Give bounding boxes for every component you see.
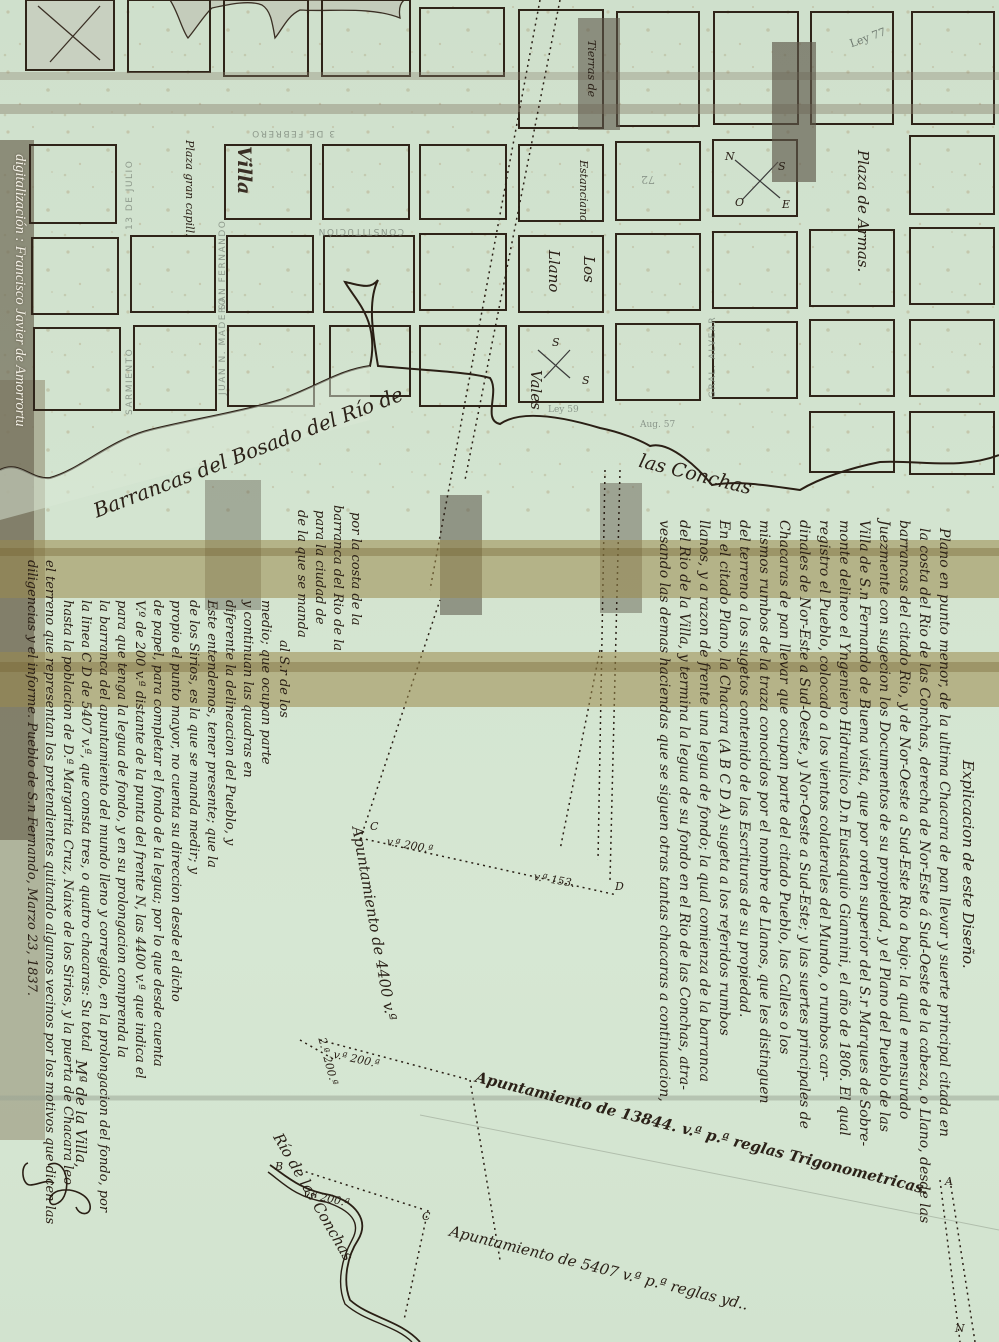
compass-letter-o: O — [735, 196, 744, 209]
compass-letter-e: E — [782, 198, 790, 211]
explanation-line-2: la costa del Rio de las Conchas, derecha… — [917, 528, 931, 1223]
explanation-line-12: En el citado Plano, la Chacara (A B C D … — [717, 520, 731, 1036]
explanation-line-1: Plano en punto menor, de la ultima Chaca… — [937, 528, 951, 1137]
explanation-line-11: del terreno a los sugetos contenido de l… — [737, 520, 751, 1017]
corner-letter-a: A — [945, 1175, 953, 1188]
left-text-line-2: barranca del Rio de la — [330, 505, 344, 651]
signature-name: Mª de la Villa, — [74, 1060, 88, 1168]
left-text-line-4: de la que se manda — [294, 510, 308, 638]
street-label-13-de-julio: 13 DE JULIO — [125, 160, 135, 230]
compass-letter-n: N — [725, 150, 735, 163]
corner-letter-d: D — [615, 880, 624, 893]
lower-text-line-14: el terreno que representan los pretendie… — [42, 560, 56, 1224]
watermark-text: digitalización : Francisco Javier de Amo… — [11, 154, 28, 427]
lower-text-line-10: para que tenga la legua de fondo, y en s… — [114, 600, 128, 1058]
explanation-title: Explicacion de este Diseño. — [961, 760, 975, 969]
explanation-line-7: registro el Pueblo, colocado a los vient… — [817, 520, 831, 1081]
lower-text-line-6: de los Sirios, es la que se manda medir;… — [186, 600, 200, 874]
pencil-note-72: 72 — [641, 173, 655, 186]
lower-text-line-4: diferente la delineacion del Pueblo, y — [222, 600, 236, 845]
lower-text-line-2: medio; que ocupan parte — [258, 600, 272, 765]
explanation-line-10: mismos rumbos de la traza conocidos por … — [757, 520, 771, 1104]
explanation-line-5: Villa de S.n Fernando de Buena vista, qu… — [857, 520, 871, 1146]
explanation-line-8: dinales de Nor-Este a Sud-Oeste, y Nor-O… — [797, 520, 811, 1129]
pencil-note-ley-59: Ley 59 — [548, 405, 579, 415]
lower-text-line-15: diligencias y el informe. Pueblo de S.n … — [24, 560, 38, 996]
lower-text-line-7: propio el punto mayor, no cuenta su dire… — [168, 600, 182, 1002]
signature-flourish — [18, 1155, 98, 1225]
corner-letter-b: B — [275, 1160, 283, 1173]
street-label-constitucion: CONSTITUCIÓN — [317, 226, 404, 236]
compass-letter-s1: S — [778, 160, 786, 173]
label-villa: Villa — [233, 146, 255, 194]
label-plaza-gran-capilla: Plaza gran capill. — [183, 140, 196, 237]
left-text-line-3: para la ciudad de — [312, 510, 326, 625]
street-label-gral-alvear: GRAL. ALVEAR — [708, 316, 718, 398]
left-text-line-1: por la costa de la — [348, 512, 362, 625]
fold-line-1 — [0, 104, 999, 114]
lower-text-line-3: y continuan las quadras en — [240, 600, 254, 778]
lower-text-line-12: la linea C D de 5407 v.ª, que consta tre… — [78, 600, 92, 1052]
fold-line-2 — [0, 72, 999, 80]
label-plaza-de-armas: Plaza de Armas. — [854, 150, 872, 272]
label-llano: Llano — [545, 250, 563, 292]
label-estanciano: Estanciano — [577, 160, 590, 222]
compass-letter-s3: S — [582, 374, 590, 387]
explanation-line-6: monte delineo el Yngeniero Hidraulico D.… — [837, 520, 851, 1136]
compass-letter-s2: S — [552, 336, 560, 349]
corner-letter-c: C — [370, 820, 378, 833]
pencil-note-aug-57: Aug. 57 — [640, 420, 675, 430]
lower-text-line-5: Este entendemos, tener presente; que la — [204, 600, 218, 868]
lower-text-line-1: al S.r de los — [276, 640, 290, 718]
explanation-line-4: Juezmente con sugecion los Documentos de… — [877, 520, 891, 1132]
lower-text-line-8: de papel, para completar el fondo de la … — [150, 600, 164, 1067]
label-tierras: Tierras de — [585, 40, 598, 97]
explanation-line-15: vesando las demas haciendas que se sigue… — [657, 520, 671, 1102]
lower-text-line-9: V.º de 200 v.ª distante de la punta del … — [132, 600, 146, 1079]
explanation-line-14: del Rio de la Villa, y termina la legua … — [677, 520, 691, 1090]
label-los: Los — [580, 256, 598, 283]
street-label-sarmiento: SARMIENTO — [125, 348, 135, 415]
scanned-map-sheet: digitalización : Francisco Javier de Amo… — [0, 0, 999, 1342]
street-label-3-de-febrero: 3 DE FEBRERO — [251, 128, 335, 138]
corner-letter-c2: C — [422, 1210, 430, 1223]
label-vales: Vales — [527, 370, 545, 410]
street-label-juan-n-madero: JUAN N. MADERO — [218, 297, 228, 395]
explanation-line-13: llanos, y a razon de frente una legua de… — [697, 520, 711, 1082]
explanation-line-9: Chacaras de pan llevar que ocupan parte … — [777, 520, 791, 1054]
corner-letter-n: N — [955, 1322, 965, 1335]
street-label-san-fernando: SAN FERNANDO — [218, 220, 228, 310]
explanation-line-3: barrancas del citado Rio, y de Nor-Oeste… — [897, 520, 911, 1119]
lower-text-line-11: la barranca del apuntamiento del mundo l… — [96, 600, 110, 1212]
